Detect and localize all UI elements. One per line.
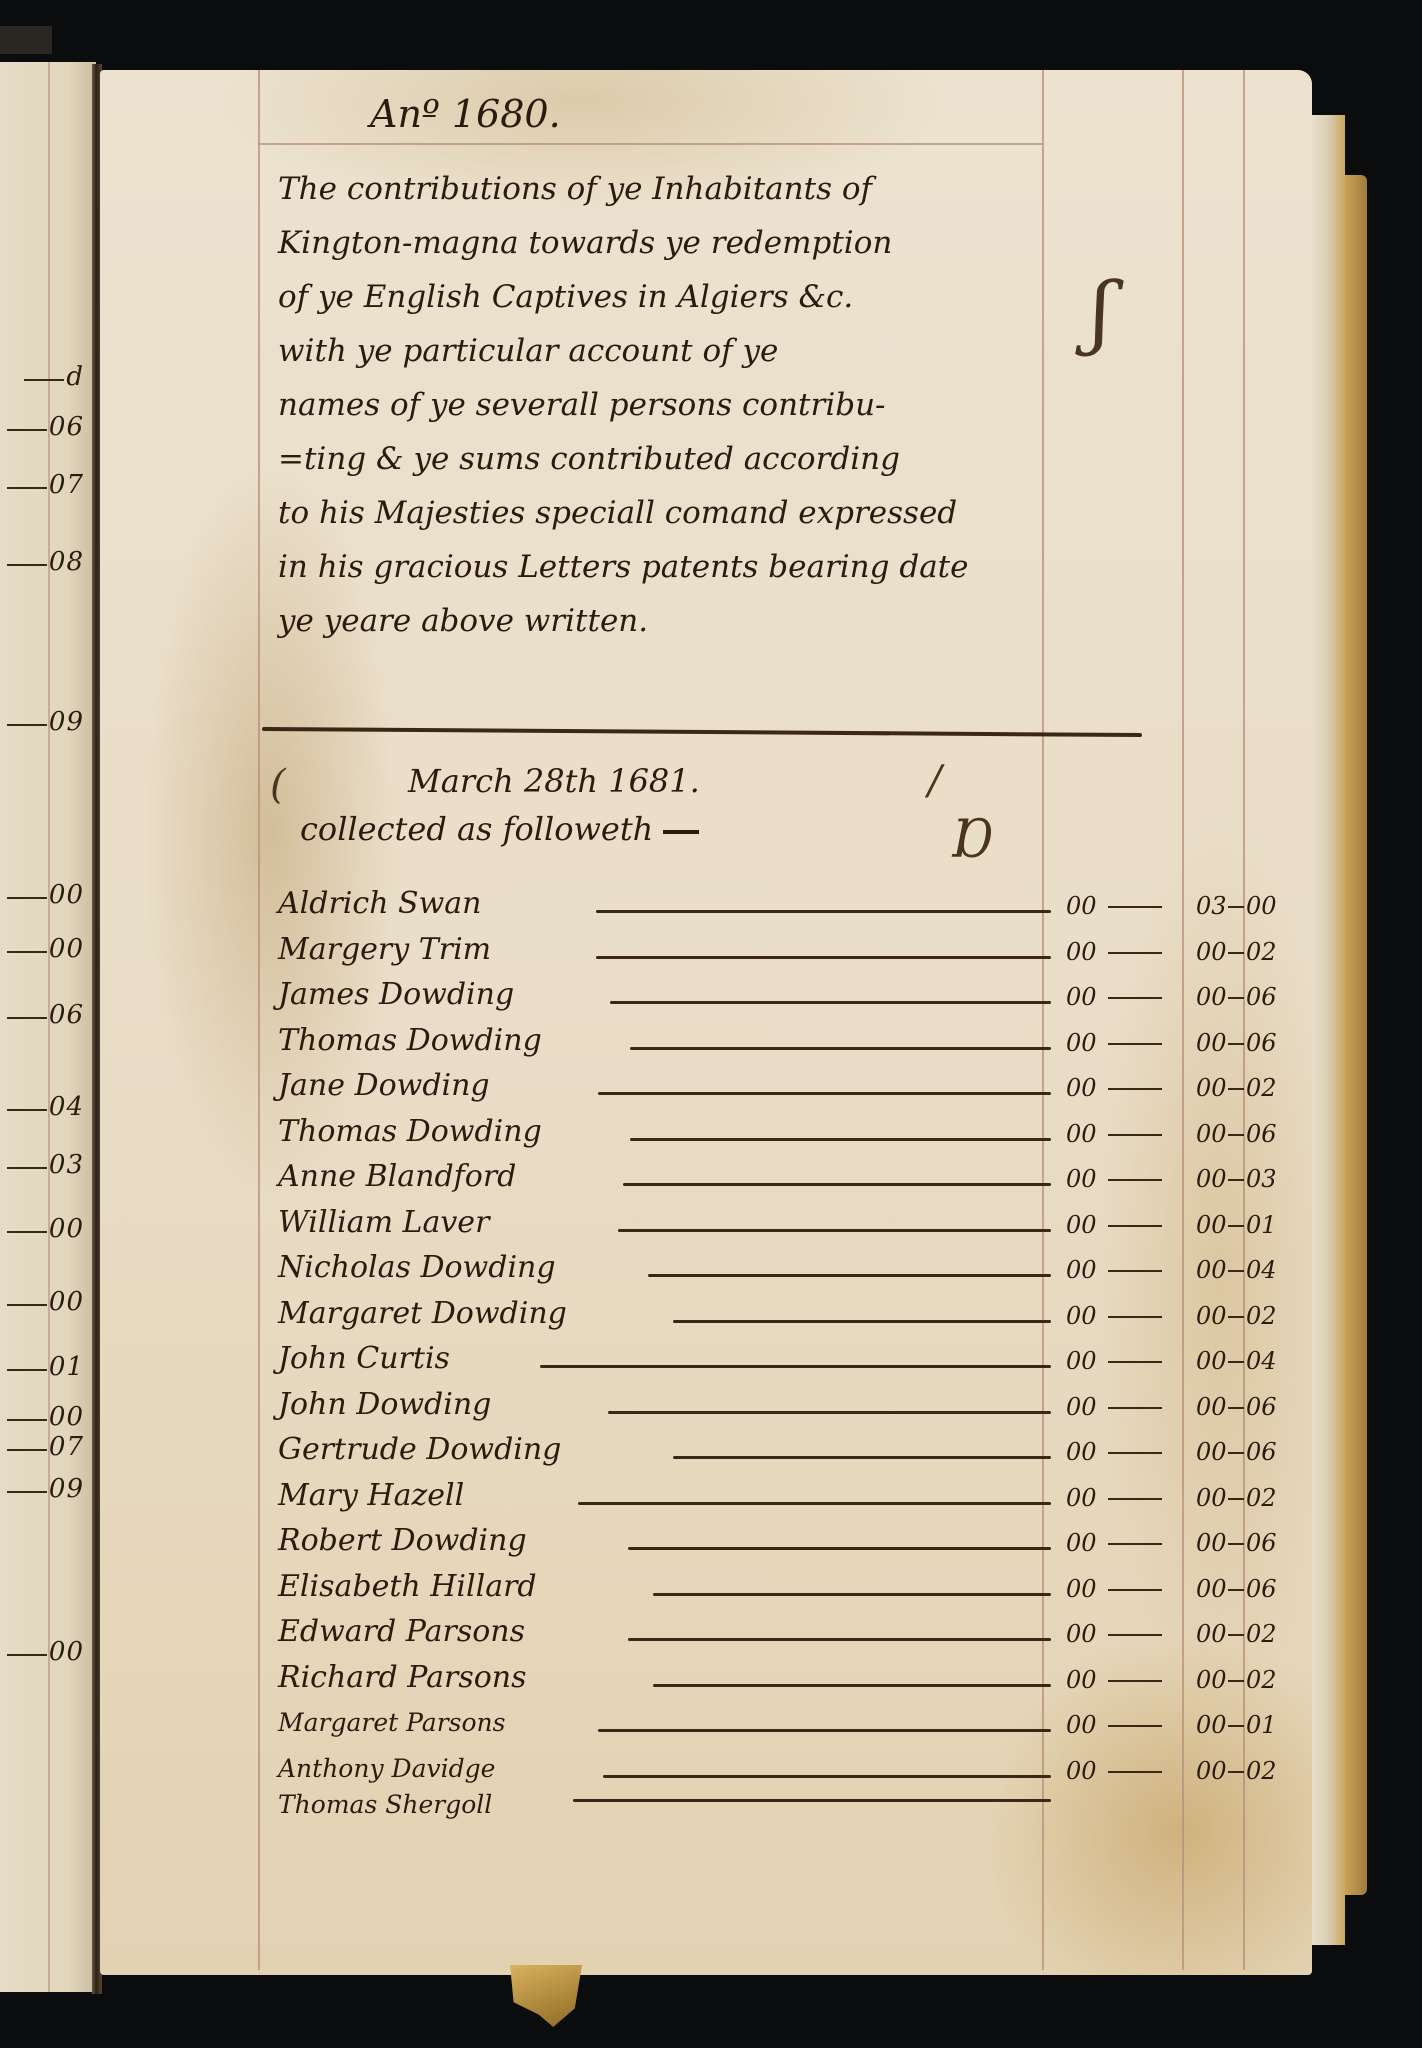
list-item: Thomas Dowding 00 00 06 (278, 1021, 1318, 1067)
list-item: Nicholas Dowding 00 00 04 (278, 1248, 1318, 1294)
collected-text: collected as followeth (300, 810, 653, 848)
contributor-name: Robert Dowding (278, 1521, 527, 1561)
left-page-fragment: d 06 07 08 09 00 00 06 04 03 00 00 01 00… (0, 62, 96, 1992)
paragraph-line: names of ye severall persons contribu- (278, 378, 1048, 432)
list-item: Robert Dowding 00 00 06 (278, 1521, 1318, 1567)
pounds-value: 00 (1066, 1484, 1097, 1512)
separator-dash (1228, 1543, 1244, 1545)
page-edge-stack-back (1345, 175, 1367, 1895)
left-value: 07 (49, 1432, 84, 1462)
shillings-value: 00 (1196, 1484, 1227, 1512)
separator-dash (1108, 906, 1162, 908)
list-item: John Curtis 00 00 04 (278, 1339, 1318, 1385)
pence-value: 04 (1246, 1256, 1277, 1284)
pounds-value: 00 (1066, 1529, 1097, 1557)
leader-line (540, 1365, 1051, 1368)
contributor-name: Richard Parsons (278, 1658, 527, 1698)
list-item: Anthony Davidge 00 00 02 (278, 1749, 1318, 1785)
list-item: Richard Parsons 00 00 02 (278, 1658, 1318, 1704)
pounds-value: 00 (1066, 1438, 1097, 1466)
paragraph-line: ye yeare above written. (278, 594, 1048, 648)
list-item: John Dowding 00 00 06 (278, 1385, 1318, 1431)
list-item: William Laver 00 00 01 (278, 1203, 1318, 1249)
separator-dash (1108, 1771, 1162, 1773)
margin-flourish: ʃ (1090, 265, 1112, 358)
separator-dash (1228, 1725, 1244, 1727)
collected-dash (663, 830, 699, 834)
pence-value: 03 (1246, 1165, 1277, 1193)
separator-dash (1228, 1270, 1244, 1272)
shillings-value: 00 (1196, 1438, 1227, 1466)
separator-dash (1108, 997, 1162, 999)
separator-dash (1228, 1361, 1244, 1363)
separator-dash (1108, 1134, 1162, 1136)
binding-corner (0, 26, 52, 54)
list-item: Elisabeth Hillard 00 00 06 (278, 1567, 1318, 1613)
pounds-value: 00 (1066, 1120, 1097, 1148)
contributor-name: Elisabeth Hillard (278, 1567, 537, 1607)
leader-line (623, 1183, 1051, 1186)
pence-value: 06 (1246, 1120, 1277, 1148)
pence-value: 06 (1246, 1029, 1277, 1057)
leader-line (598, 1092, 1051, 1095)
year-heading: Anº 1680. (370, 92, 561, 136)
separator-dash (1228, 1680, 1244, 1682)
shillings-value: 00 (1196, 1165, 1227, 1193)
shillings-value: 00 (1196, 1757, 1227, 1785)
contributor-name: Anne Blandford (278, 1157, 516, 1197)
shillings-value: 00 (1196, 1393, 1227, 1421)
pence-value: 06 (1246, 1393, 1277, 1421)
contributor-name: Mary Hazell (278, 1476, 464, 1516)
margin-paren: ( (270, 762, 286, 808)
paragraph-line: of ye English Captives in Algiers &c. (278, 270, 1048, 324)
shillings-value: 00 (1196, 938, 1227, 966)
leader-line (573, 1799, 1051, 1802)
shillings-value: 00 (1196, 1347, 1227, 1375)
separator-dash (1108, 952, 1162, 954)
contributor-name: Aldrich Swan (278, 884, 482, 924)
contributor-name: Thomas Dowding (278, 1112, 542, 1152)
pence-value: 01 (1246, 1211, 1277, 1239)
pounds-value: 00 (1066, 1074, 1097, 1102)
left-value: 00 (49, 1214, 84, 1244)
separator-dash (1228, 1134, 1244, 1136)
leader-line (596, 910, 1051, 913)
separator-dash (1228, 1316, 1244, 1318)
leader-line (653, 1593, 1051, 1596)
pence-value: 00 (1246, 892, 1277, 920)
pence-value: 02 (1246, 1074, 1277, 1102)
pounds-value: 00 (1066, 938, 1097, 966)
paragraph-line: Kington-magna towards ye redemption (278, 216, 1048, 270)
contributor-name: Anthony Davidge (278, 1749, 495, 1789)
title-paragraph: The contributions of ye Inhabitants of K… (278, 162, 1048, 648)
list-item: Mary Hazell 00 00 02 (278, 1476, 1318, 1522)
contributor-name: Thomas Dowding (278, 1021, 542, 1061)
shillings-value: 00 (1196, 1711, 1227, 1739)
list-item: Margery Trim 00 00 02 (278, 930, 1318, 976)
pounds-value: 00 (1066, 1256, 1097, 1284)
list-item: Anne Blandford 00 00 03 (278, 1157, 1318, 1203)
separator-dash (1228, 1407, 1244, 1409)
leader-line (603, 1775, 1051, 1778)
separator-dash (1108, 1725, 1162, 1727)
separator-dash (1108, 1680, 1162, 1682)
left-value: 08 (49, 547, 84, 577)
list-item: Thomas Shergoll (278, 1785, 1318, 1831)
separator-dash (1108, 1316, 1162, 1318)
shillings-value: 00 (1196, 1575, 1227, 1603)
pounds-value: 00 (1066, 892, 1097, 920)
paragraph-line: The contributions of ye Inhabitants of (278, 162, 1048, 216)
left-value: 00 (49, 1637, 84, 1667)
shillings-value: 00 (1196, 1666, 1227, 1694)
left-value: 07 (49, 470, 84, 500)
leader-line (673, 1320, 1051, 1323)
leader-line (630, 1047, 1051, 1050)
leader-line (578, 1502, 1051, 1505)
pounds-value: 00 (1066, 1620, 1097, 1648)
pounds-value: 00 (1066, 1302, 1097, 1330)
pence-value: 02 (1246, 1666, 1277, 1694)
pence-value: 02 (1246, 938, 1277, 966)
contributor-name: Margaret Parsons (278, 1703, 505, 1743)
separator-dash (1108, 1270, 1162, 1272)
paragraph-line: in his gracious Letters patents bearing … (278, 540, 1048, 594)
list-item: James Dowding 00 00 06 (278, 975, 1318, 1021)
separator-dash (1108, 1088, 1162, 1090)
list-item: Margaret Parsons 00 00 01 (278, 1703, 1318, 1749)
separator-dash (1108, 1225, 1162, 1227)
pounds-value: 00 (1066, 1347, 1097, 1375)
separator-dash (1228, 906, 1244, 908)
separator-dash (1108, 1543, 1162, 1545)
pence-value: 04 (1246, 1347, 1277, 1375)
pence-value: 06 (1246, 1575, 1277, 1603)
list-item: Aldrich Swan 00 03 00 (278, 884, 1318, 930)
list-item: Margaret Dowding 00 00 02 (278, 1294, 1318, 1340)
pence-value: 06 (1246, 1438, 1277, 1466)
contributor-name: Edward Parsons (278, 1612, 525, 1652)
left-value: 04 (49, 1092, 84, 1122)
separator-dash (1108, 1043, 1162, 1045)
separator-dash (1108, 1589, 1162, 1591)
shillings-value: 00 (1196, 1074, 1227, 1102)
collected-heading: collected as followeth (300, 810, 699, 848)
contributor-name: John Dowding (278, 1385, 491, 1425)
separator-dash (1228, 1452, 1244, 1454)
separator-dash (1108, 1361, 1162, 1363)
shillings-value: 00 (1196, 1256, 1227, 1284)
contributions-list: Aldrich Swan 00 03 00 Margery Trim 00 00… (278, 884, 1318, 1830)
pounds-value: 00 (1066, 1029, 1097, 1057)
left-value: d (66, 362, 84, 392)
separator-dash (1228, 1589, 1244, 1591)
contributor-name: Gertrude Dowding (278, 1430, 561, 1470)
contributor-name: John Curtis (278, 1339, 450, 1379)
binding-tab (510, 1965, 582, 2027)
paragraph-line: with ye particular account of ye (278, 324, 1048, 378)
pence-value: 06 (1246, 983, 1277, 1011)
leader-line (673, 1456, 1051, 1459)
pence-value: 02 (1246, 1302, 1277, 1330)
leader-line (653, 1684, 1051, 1687)
collection-date: March 28th 1681. (408, 762, 700, 800)
contributor-name: William Laver (278, 1203, 489, 1243)
margin-loop: Ɒ (952, 810, 993, 870)
separator-dash (1228, 1179, 1244, 1181)
paragraph-line: =ting & ye sums contributed according (278, 432, 1048, 486)
pounds-value: 00 (1066, 1575, 1097, 1603)
contributor-name: Margaret Dowding (278, 1294, 567, 1334)
separator-dash (1108, 1179, 1162, 1181)
leader-line (598, 1729, 1051, 1732)
separator-dash (1228, 997, 1244, 999)
leader-line (628, 1638, 1051, 1641)
pounds-value: 00 (1066, 1666, 1097, 1694)
shillings-value: 00 (1196, 1211, 1227, 1239)
separator-dash (1108, 1634, 1162, 1636)
shillings-value: 00 (1196, 1120, 1227, 1148)
shillings-value: 00 (1196, 1302, 1227, 1330)
margin-stroke: / (928, 758, 941, 804)
left-value: 09 (49, 1474, 84, 1504)
pounds-value: 00 (1066, 1211, 1097, 1239)
left-value: 06 (49, 1000, 84, 1030)
pounds-value: 00 (1066, 1757, 1097, 1785)
contributor-name: Jane Dowding (278, 1066, 490, 1106)
pence-value: 06 (1246, 1529, 1277, 1557)
pence-value: 02 (1246, 1757, 1277, 1785)
left-value: 03 (49, 1150, 84, 1180)
manuscript-scan: d 06 07 08 09 00 00 06 04 03 00 00 01 00… (0, 0, 1422, 2048)
separator-dash (1108, 1452, 1162, 1454)
separator-dash (1228, 1771, 1244, 1773)
pence-value: 02 (1246, 1484, 1277, 1512)
pounds-value: 00 (1066, 1711, 1097, 1739)
leader-line (630, 1138, 1051, 1141)
separator-dash (1228, 1043, 1244, 1045)
separator-dash (1108, 1498, 1162, 1500)
leader-line (618, 1229, 1051, 1232)
contributor-name: Thomas Shergoll (278, 1785, 492, 1825)
shillings-value: 00 (1196, 1620, 1227, 1648)
pounds-value: 00 (1066, 1165, 1097, 1193)
separator-dash (1108, 1407, 1162, 1409)
pence-value: 02 (1246, 1620, 1277, 1648)
list-item: Jane Dowding 00 00 02 (278, 1066, 1318, 1112)
list-item: Gertrude Dowding 00 00 06 (278, 1430, 1318, 1476)
contributor-name: Margery Trim (278, 930, 491, 970)
leader-line (610, 1001, 1051, 1004)
left-value: 06 (49, 412, 84, 442)
list-item: Thomas Dowding 00 00 06 (278, 1112, 1318, 1158)
leader-line (596, 956, 1051, 959)
contributor-name: Nicholas Dowding (278, 1248, 556, 1288)
shillings-value: 00 (1196, 1529, 1227, 1557)
contributor-name: James Dowding (278, 975, 514, 1015)
left-value: 00 (49, 880, 84, 910)
left-value: 00 (49, 1287, 84, 1317)
pounds-value: 00 (1066, 983, 1097, 1011)
list-item: Edward Parsons 00 00 02 (278, 1612, 1318, 1658)
pence-value: 01 (1246, 1711, 1277, 1739)
left-value: 01 (49, 1352, 84, 1382)
separator-dash (1228, 1634, 1244, 1636)
separator-dash (1228, 952, 1244, 954)
pounds-value: 00 (1066, 1393, 1097, 1421)
shillings-value: 00 (1196, 983, 1227, 1011)
left-margin-rule (258, 70, 260, 1970)
separator-dash (1228, 1088, 1244, 1090)
left-value: 00 (49, 1402, 84, 1432)
paragraph-line: to his Majesties speciall comand express… (278, 486, 1048, 540)
shillings-value: 00 (1196, 1029, 1227, 1057)
left-value: 09 (49, 707, 84, 737)
leader-line (608, 1411, 1051, 1414)
separator-dash (1228, 1498, 1244, 1500)
leader-line (648, 1274, 1051, 1277)
header-rule (258, 143, 1042, 145)
left-value: 00 (49, 934, 84, 964)
leader-line (628, 1547, 1051, 1550)
shillings-value: 03 (1196, 892, 1227, 920)
separator-dash (1228, 1225, 1244, 1227)
